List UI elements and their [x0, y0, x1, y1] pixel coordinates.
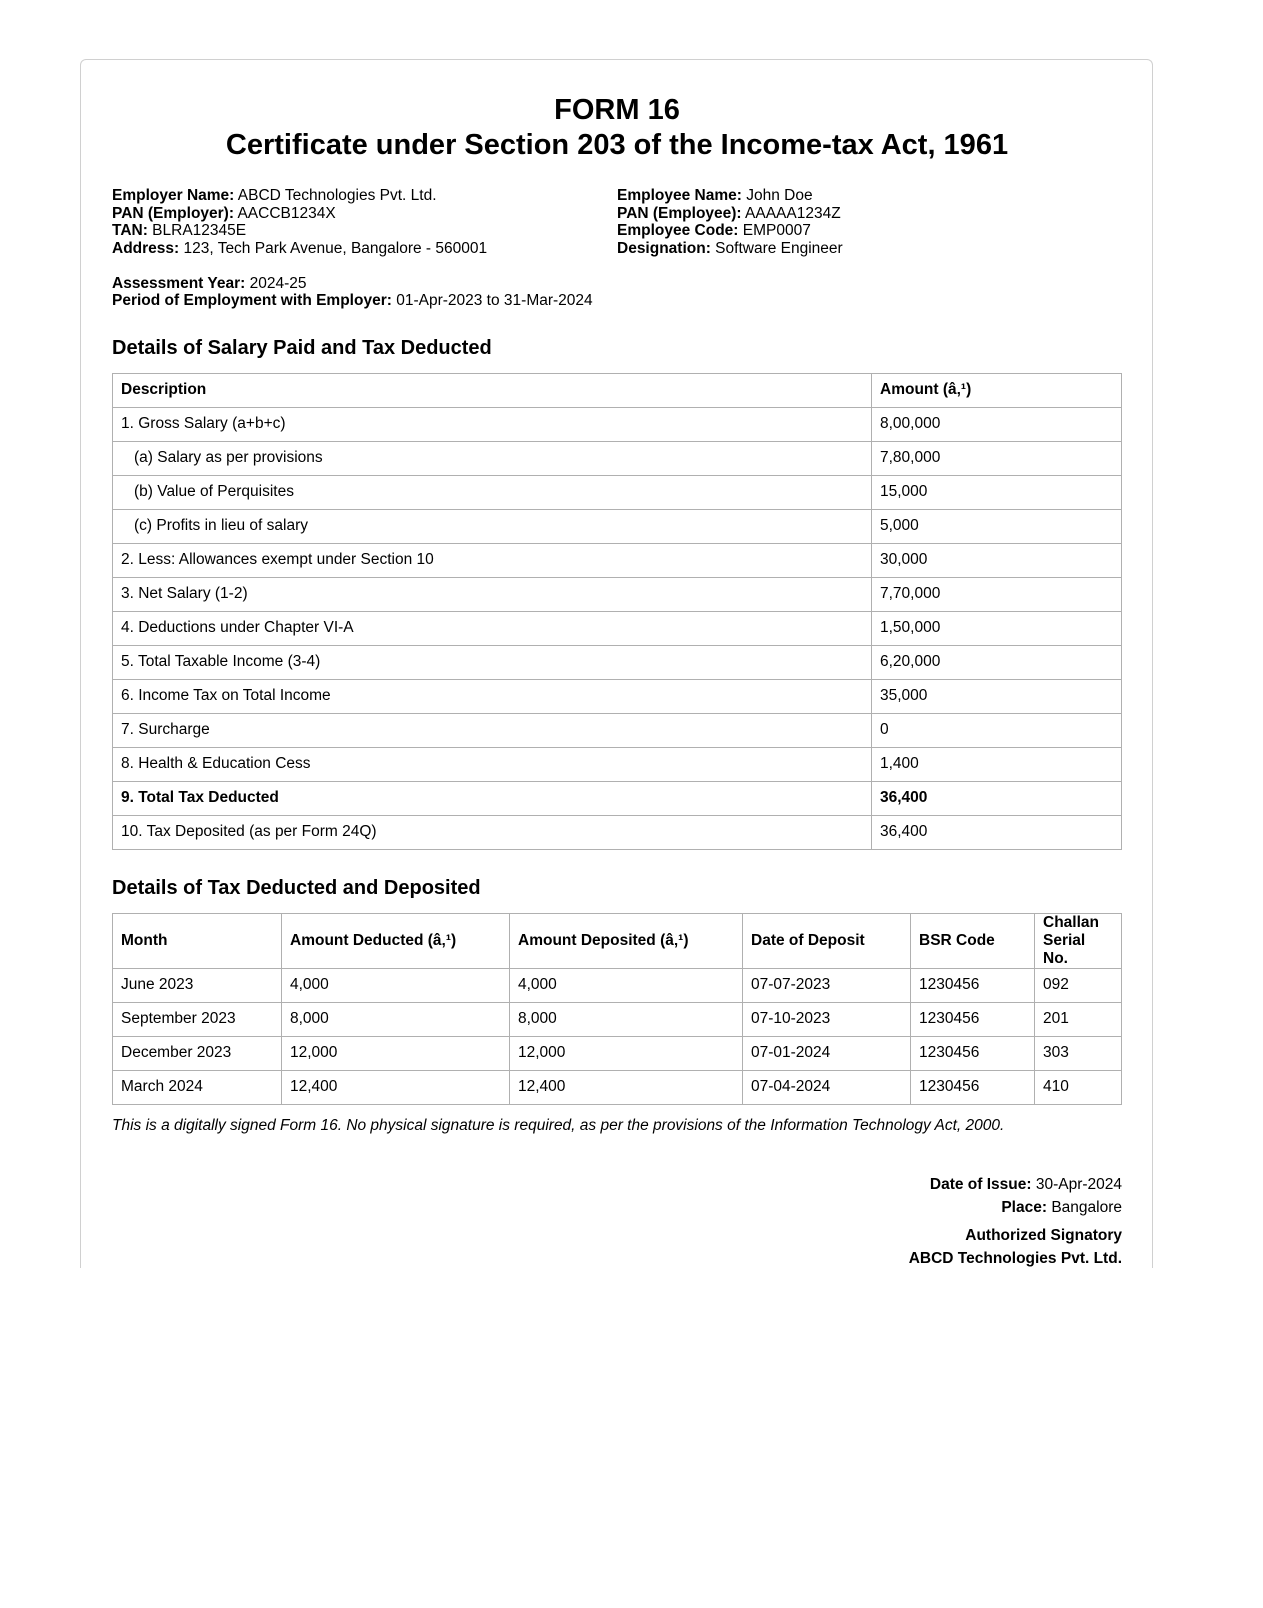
row-description: 7. Surcharge [113, 713, 872, 747]
table-cell: 201 [1035, 1002, 1122, 1036]
row-description: 2. Less: Allowances exempt under Section… [113, 543, 872, 577]
column-header: Amount Deposited (â‚¹) [510, 913, 743, 968]
row-amount: 30,000 [872, 543, 1122, 577]
table-cell: 092 [1035, 968, 1122, 1002]
row-description: 4. Deductions under Chapter VI-A [113, 611, 872, 645]
row-amount: 36,400 [872, 781, 1122, 815]
assessment-field: Assessment Year: 2024-25 [112, 275, 1122, 293]
row-description: 8. Health & Education Cess [113, 747, 872, 781]
field-value: Software Engineer [711, 240, 843, 257]
row-description: 1. Gross Salary (a+b+c) [113, 407, 872, 441]
row-amount: 0 [872, 713, 1122, 747]
field-value: John Doe [742, 187, 813, 204]
table-cell: 1230456 [911, 1036, 1035, 1070]
employer-field: Address: 123, Tech Park Avenue, Bangalor… [112, 240, 617, 258]
field-label: Employee Name: [617, 187, 742, 204]
place-label: Place: [1001, 1199, 1047, 1216]
table-row: 9. Total Tax Deducted36,400 [113, 781, 1122, 815]
field-value: AACCB1234X [234, 205, 336, 222]
table-cell: 12,000 [282, 1036, 510, 1070]
date-of-issue-label: Date of Issue: [930, 1176, 1032, 1193]
document-content: FORM 16 Certificate under Section 203 of… [112, 60, 1122, 1268]
employer-field: Employer Name: ABCD Technologies Pvt. Lt… [112, 187, 617, 205]
deposits-table-header: MonthAmount Deducted (â‚¹)Amount Deposit… [113, 913, 1122, 968]
table-cell: December 2023 [113, 1036, 282, 1070]
salary-table: Description Amount (â‚¹) 1. Gross Salary… [112, 373, 1122, 850]
field-label: PAN (Employer): [112, 205, 234, 222]
table-cell: 07-10-2023 [743, 1002, 911, 1036]
column-header-description: Description [113, 373, 872, 407]
place-value: Bangalore [1051, 1199, 1122, 1216]
employer-details: Employer Name: ABCD Technologies Pvt. Lt… [112, 187, 617, 257]
table-row: March 202412,40012,40007-04-202412304564… [113, 1070, 1122, 1104]
field-value: ABCD Technologies Pvt. Ltd. [234, 187, 436, 204]
row-amount: 7,70,000 [872, 577, 1122, 611]
authorized-signatory: Authorized Signatory [112, 1224, 1122, 1248]
row-amount: 1,400 [872, 747, 1122, 781]
signature-block: Date of Issue: 30-Apr-2024 Place: Bangal… [112, 1173, 1122, 1269]
table-row: 7. Surcharge0 [113, 713, 1122, 747]
field-label: Period of Employment with Employer: [112, 292, 392, 309]
table-cell: March 2024 [113, 1070, 282, 1104]
field-label: TAN: [112, 222, 148, 239]
field-label: Employer Name: [112, 187, 234, 204]
table-row: 3. Net Salary (1-2)7,70,000 [113, 577, 1122, 611]
row-amount: 1,50,000 [872, 611, 1122, 645]
table-row: (c) Profits in lieu of salary5,000 [113, 509, 1122, 543]
table-cell: June 2023 [113, 968, 282, 1002]
deposits-table: MonthAmount Deducted (â‚¹)Amount Deposit… [112, 913, 1122, 1105]
field-value: 123, Tech Park Avenue, Bangalore - 56000… [179, 240, 487, 257]
field-label: Employee Code: [617, 222, 738, 239]
row-amount: 8,00,000 [872, 407, 1122, 441]
row-description: (c) Profits in lieu of salary [113, 509, 872, 543]
row-description: (b) Value of Perquisites [113, 475, 872, 509]
table-cell: 1230456 [911, 1070, 1035, 1104]
table-row: September 20238,0008,00007-10-2023123045… [113, 1002, 1122, 1036]
employee-field: Designation: Software Engineer [617, 240, 1122, 258]
table-cell: 07-04-2024 [743, 1070, 911, 1104]
table-row: (a) Salary as per provisions7,80,000 [113, 441, 1122, 475]
table-cell: 4,000 [510, 968, 743, 1002]
digital-signature-note: This is a digitally signed Form 16. No p… [112, 1117, 1122, 1135]
table-cell: 12,400 [510, 1070, 743, 1104]
table-cell: 1230456 [911, 968, 1035, 1002]
table-cell: 8,000 [510, 1002, 743, 1036]
table-row: 1. Gross Salary (a+b+c)8,00,000 [113, 407, 1122, 441]
table-cell: 8,000 [282, 1002, 510, 1036]
date-of-issue: Date of Issue: 30-Apr-2024 [112, 1173, 1122, 1197]
table-row: June 20234,0004,00007-07-20231230456092 [113, 968, 1122, 1002]
field-value: BLRA12345E [148, 222, 246, 239]
employer-field: TAN: BLRA12345E [112, 222, 617, 240]
row-amount: 5,000 [872, 509, 1122, 543]
row-amount: 35,000 [872, 679, 1122, 713]
form16-document: FORM 16 Certificate under Section 203 of… [80, 59, 1153, 1268]
row-amount: 36,400 [872, 815, 1122, 849]
column-header-amount: Amount (â‚¹) [872, 373, 1122, 407]
place: Place: Bangalore [112, 1196, 1122, 1220]
table-cell: 07-01-2024 [743, 1036, 911, 1070]
column-header: Amount Deducted (â‚¹) [282, 913, 510, 968]
salary-section-heading: Details of Salary Paid and Tax Deducted [112, 336, 1122, 360]
form-title: FORM 16 [112, 93, 1122, 127]
employee-field: Employee Name: John Doe [617, 187, 1122, 205]
signatory-company: ABCD Technologies Pvt. Ltd. [112, 1247, 1122, 1268]
field-label: Address: [112, 240, 179, 257]
employee-field: Employee Code: EMP0007 [617, 222, 1122, 240]
table-cell: 4,000 [282, 968, 510, 1002]
assessment-details: Assessment Year: 2024-25Period of Employ… [112, 275, 1122, 310]
assessment-field: Period of Employment with Employer: 01-A… [112, 292, 1122, 310]
table-cell: September 2023 [113, 1002, 282, 1036]
row-description: (a) Salary as per provisions [113, 441, 872, 475]
column-header: BSR Code [911, 913, 1035, 968]
row-amount: 6,20,000 [872, 645, 1122, 679]
row-description: 9. Total Tax Deducted [113, 781, 872, 815]
field-value: EMP0007 [738, 222, 810, 239]
employer-field: PAN (Employer): AACCB1234X [112, 205, 617, 223]
date-of-issue-value: 30-Apr-2024 [1036, 1176, 1122, 1193]
employee-details: Employee Name: John DoePAN (Employee): A… [617, 187, 1122, 257]
field-label: PAN (Employee): [617, 205, 742, 222]
employee-field: PAN (Employee): AAAAA1234Z [617, 205, 1122, 223]
table-cell: 12,000 [510, 1036, 743, 1070]
table-row: 8. Health & Education Cess1,400 [113, 747, 1122, 781]
row-description: 5. Total Taxable Income (3-4) [113, 645, 872, 679]
field-value: 2024-25 [245, 275, 306, 292]
table-row: 4. Deductions under Chapter VI-A1,50,000 [113, 611, 1122, 645]
column-header: Month [113, 913, 282, 968]
table-row: (b) Value of Perquisites15,000 [113, 475, 1122, 509]
table-row: 5. Total Taxable Income (3-4)6,20,000 [113, 645, 1122, 679]
table-cell: 1230456 [911, 1002, 1035, 1036]
deposits-section-heading: Details of Tax Deducted and Deposited [112, 876, 1122, 900]
table-row: 6. Income Tax on Total Income35,000 [113, 679, 1122, 713]
form-subtitle: Certificate under Section 203 of the Inc… [112, 127, 1122, 163]
salary-table-header: Description Amount (â‚¹) [113, 373, 1122, 407]
field-label: Designation: [617, 240, 711, 257]
table-cell: 303 [1035, 1036, 1122, 1070]
column-header: Date of Deposit [743, 913, 911, 968]
row-amount: 7,80,000 [872, 441, 1122, 475]
column-header: Challan Serial No. [1035, 913, 1122, 968]
table-cell: 07-07-2023 [743, 968, 911, 1002]
table-row: December 202312,00012,00007-01-202412304… [113, 1036, 1122, 1070]
table-row: 2. Less: Allowances exempt under Section… [113, 543, 1122, 577]
party-details: Employer Name: ABCD Technologies Pvt. Lt… [112, 187, 1122, 257]
table-cell: 12,400 [282, 1070, 510, 1104]
field-value: AAAAA1234Z [742, 205, 841, 222]
field-value: 01-Apr-2023 to 31-Mar-2024 [392, 292, 593, 309]
row-amount: 15,000 [872, 475, 1122, 509]
row-description: 3. Net Salary (1-2) [113, 577, 872, 611]
table-row: 10. Tax Deposited (as per Form 24Q)36,40… [113, 815, 1122, 849]
row-description: 6. Income Tax on Total Income [113, 679, 872, 713]
row-description: 10. Tax Deposited (as per Form 24Q) [113, 815, 872, 849]
field-label: Assessment Year: [112, 275, 245, 292]
table-cell: 410 [1035, 1070, 1122, 1104]
